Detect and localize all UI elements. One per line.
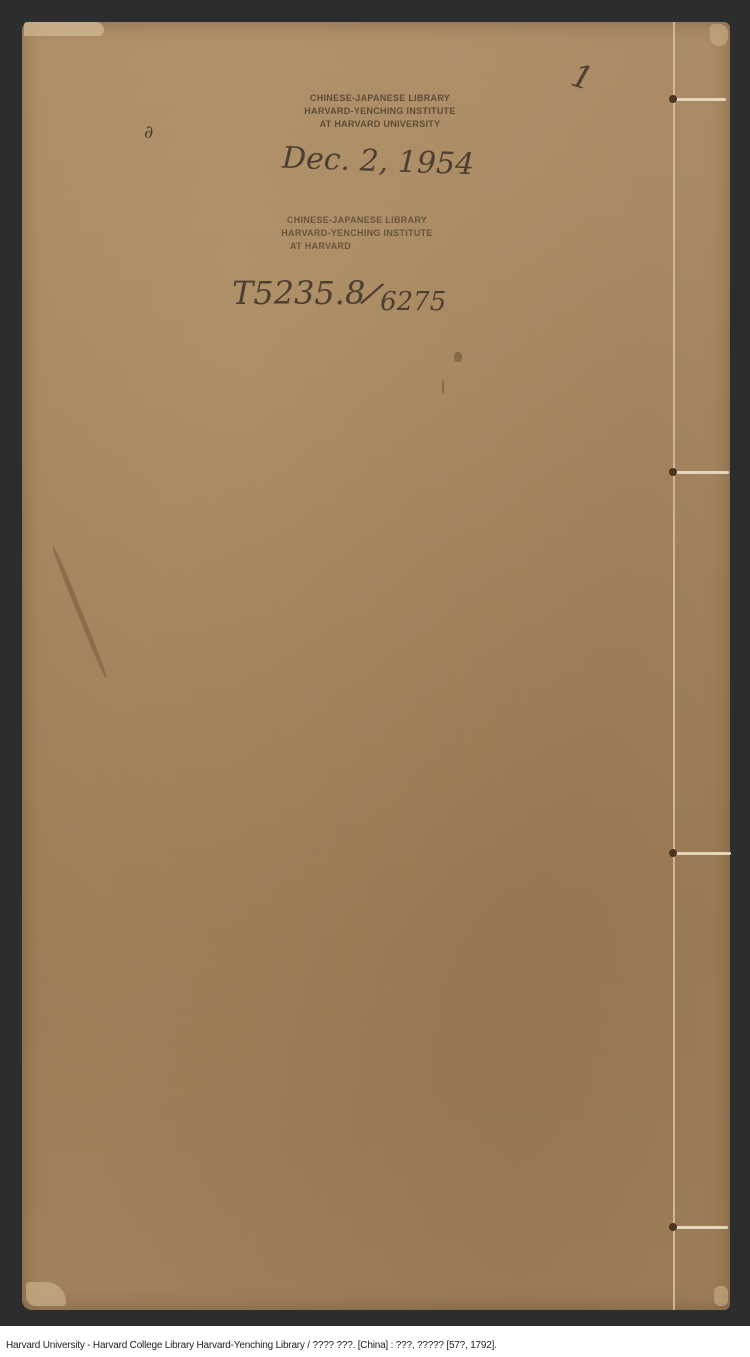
binding-stitch [674,1226,728,1229]
top-right-corner-wear [710,24,728,46]
stamp-line: HARVARD-YENCHING INSTITUTE [262,227,452,240]
library-stamp-2: CHINESE-JAPANESE LIBRARY HARVARD-YENCHIN… [262,214,452,253]
binding-knot [669,1223,677,1231]
scratch-mark [51,546,108,678]
stamp-line: CHINESE-JAPANESE LIBRARY [262,214,452,227]
book-cover: CHINESE-JAPANESE LIBRARY HARVARD-YENCHIN… [22,22,730,1310]
stamp-line: CHINESE-JAPANESE LIBRARY [280,92,480,105]
binding-stitch [674,471,729,474]
stain-mark [442,380,444,394]
binding-thread-vertical [673,22,675,1310]
binding-knot [669,468,677,476]
stamp-line: HARVARD-YENCHING INSTITUTE [280,105,480,118]
stain-mark [454,352,462,362]
handwritten-date: Dec. 2, 1954 [281,141,474,183]
image-viewer: CHINESE-JAPANESE LIBRARY HARVARD-YENCHIN… [0,0,750,1326]
stamp-line: AT HARVARD UNIVERSITY [280,118,480,131]
binding-stitch [674,98,726,101]
top-left-corner-wear [24,22,104,36]
library-stamp-1: CHINESE-JAPANESE LIBRARY HARVARD-YENCHIN… [280,92,480,131]
binding-knot [669,849,677,857]
bottom-left-corner-wear [26,1282,66,1306]
binding-stitch [674,852,731,855]
call-number-main: T5235.8 [232,274,365,312]
binding-knot [669,95,677,103]
bottom-right-corner-wear [714,1286,728,1306]
stamp-line: AT HARVARD [262,240,452,253]
top-right-mark: 1 [567,56,598,98]
handwritten-call-number: T5235.8/6275 [232,274,446,312]
top-left-mark: ∂ [144,122,153,143]
call-number-sub: 6275 [380,287,446,317]
image-caption: Harvard University - Harvard College Lib… [6,1340,497,1351]
